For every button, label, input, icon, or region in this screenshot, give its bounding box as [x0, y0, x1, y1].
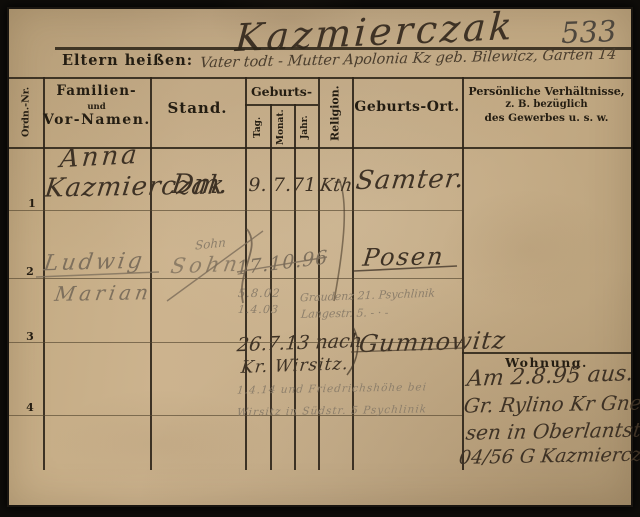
scanned-registration-card-photo: Kazmierczak 533 Eltern heißen: Vater tod…: [0, 0, 640, 517]
registration-card: Kazmierczak 533 Eltern heißen: Vater tod…: [9, 9, 631, 505]
handwriting-strokes: [9, 9, 631, 505]
